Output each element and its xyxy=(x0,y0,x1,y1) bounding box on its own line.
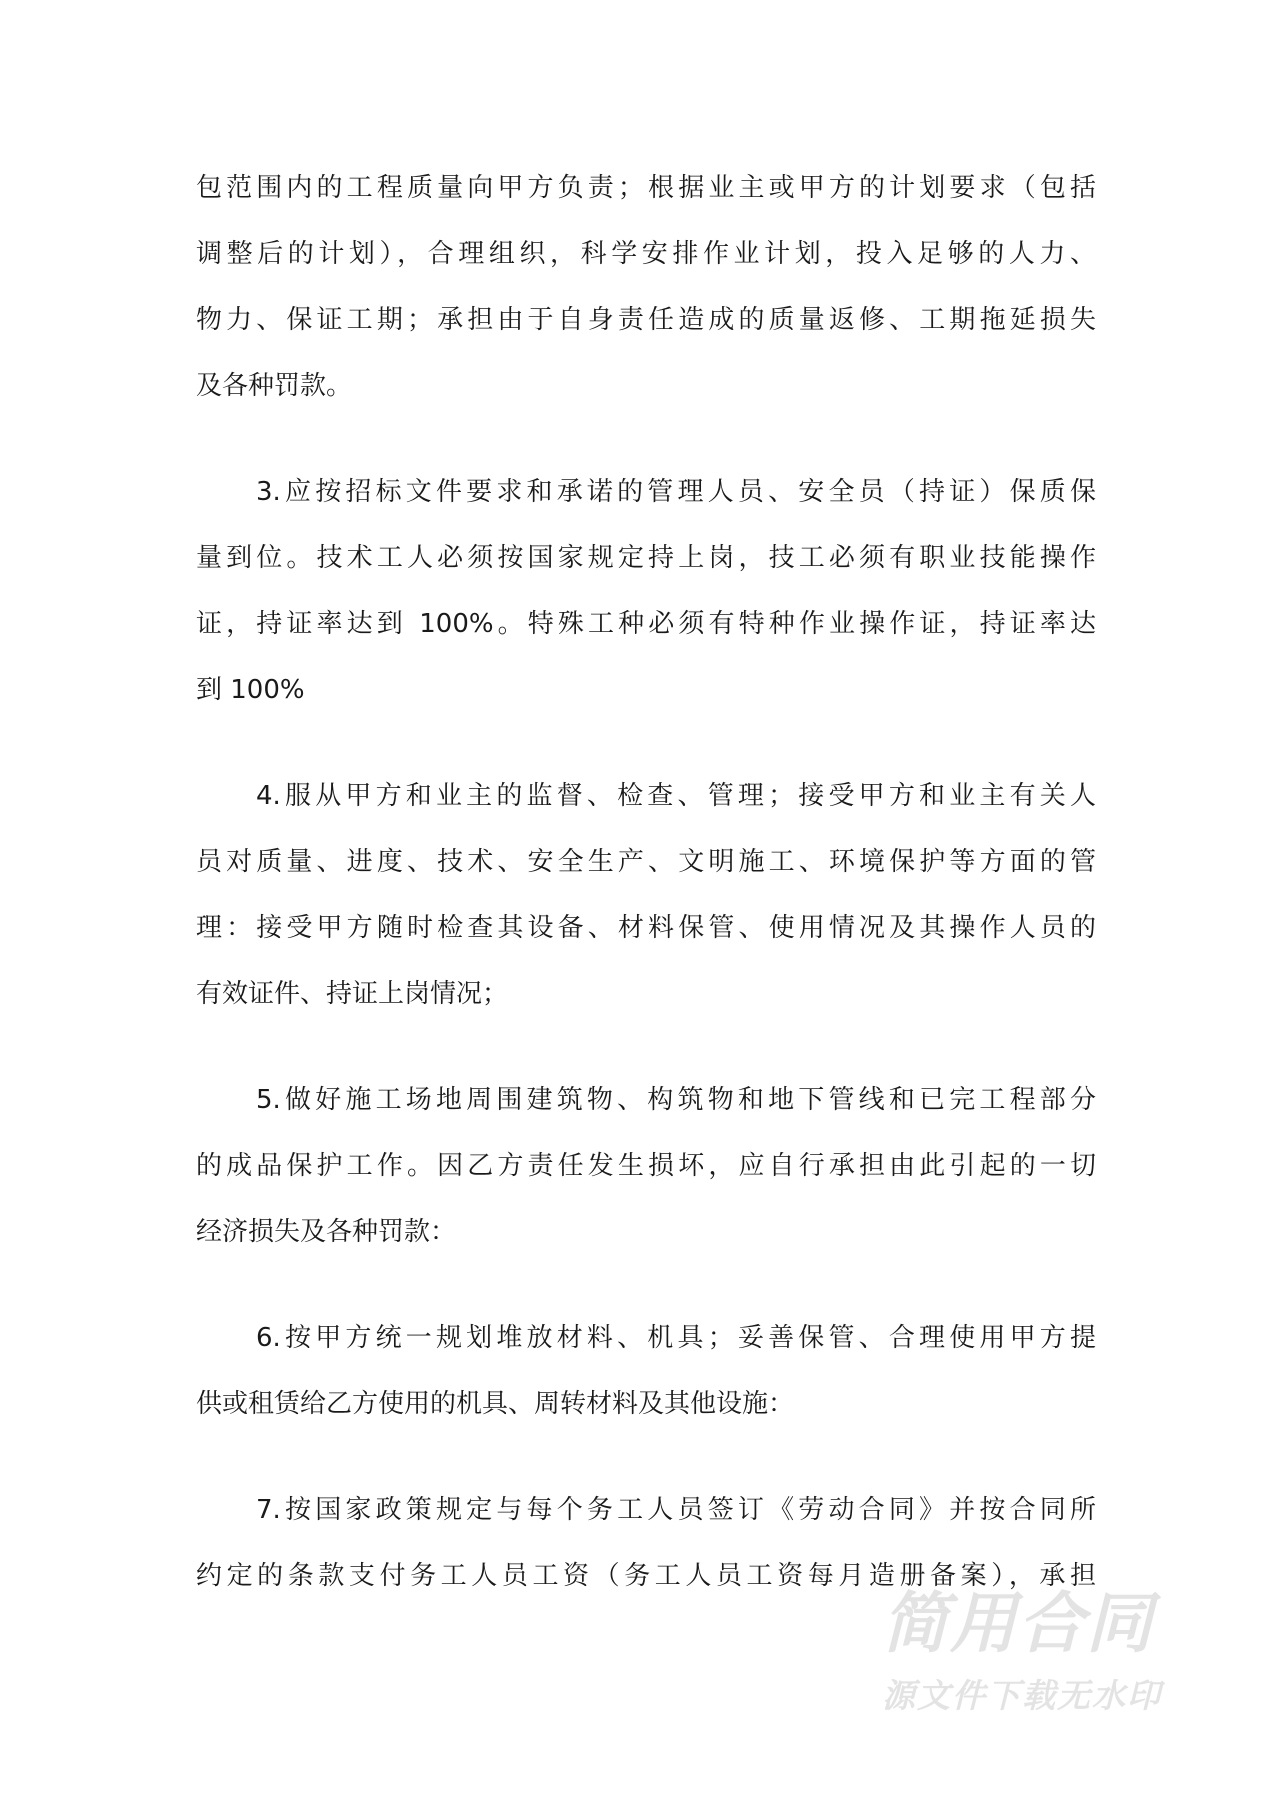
paragraph-clause-7: 7.按国家政策规定与每个务工人员签订《劳动合同》并按合同所 约定的条款支付务工人… xyxy=(196,1488,1096,1620)
text-line: 经济损失及各种罚款： xyxy=(196,1210,1096,1276)
paragraph-clause-2-continued: 包范围内的工程质量向甲方负责；根据业主或甲方的计划要求（包括 调整后的计划），合… xyxy=(196,166,1096,430)
text-line: 理：接受甲方随时检查其设备、材料保管、使用情况及其操作人员的 xyxy=(196,906,1096,972)
document-page: 包范围内的工程质量向甲方负责；根据业主或甲方的计划要求（包括 调整后的计划），合… xyxy=(0,0,1280,1810)
document-body: 包范围内的工程质量向甲方负责；根据业主或甲方的计划要求（包括 调整后的计划），合… xyxy=(196,166,1096,1660)
text-line: 量到位。技术工人必须按国家规定持上岗，技工必须有职业技能操作 xyxy=(196,536,1096,602)
paragraph-clause-5: 5.做好施工场地周围建筑物、构筑物和地下管线和已完工程部分 的成品保护工作。因乙… xyxy=(196,1078,1096,1276)
text-line: 物力、保证工期；承担由于自身责任造成的质量返修、工期拖延损失 xyxy=(196,298,1096,364)
text-line: 供或租赁给乙方使用的机具、周转材料及其他设施： xyxy=(196,1382,1096,1448)
paragraph-clause-4: 4.服从甲方和业主的监督、检查、管理；接受甲方和业主有关人 员对质量、进度、技术… xyxy=(196,774,1096,1038)
text-line: 员对质量、进度、技术、安全生产、文明施工、环境保护等方面的管 xyxy=(196,840,1096,906)
text-line: 证，持证率达到 100%。特殊工种必须有特种作业操作证，持证率达 xyxy=(196,602,1096,668)
text-line: 4.服从甲方和业主的监督、检查、管理；接受甲方和业主有关人 xyxy=(196,774,1096,840)
paragraph-clause-3: 3.应按招标文件要求和承诺的管理人员、安全员（持证）保质保 量到位。技术工人必须… xyxy=(196,470,1096,734)
text-line: 的成品保护工作。因乙方责任发生损坏，应自行承担由此引起的一切 xyxy=(196,1144,1096,1210)
text-line: 3.应按招标文件要求和承诺的管理人员、安全员（持证）保质保 xyxy=(196,470,1096,536)
text-line: 有效证件、持证上岗情况； xyxy=(196,972,1096,1038)
text-line: 约定的条款支付务工人员工资（务工人员工资每月造册备案），承担 xyxy=(196,1554,1096,1620)
watermark-subtitle: 源文件下载无水印 xyxy=(882,1674,1182,1718)
text-line: 调整后的计划），合理组织，科学安排作业计划，投入足够的人力、 xyxy=(196,232,1096,298)
text-line: 到 100% xyxy=(196,668,1096,734)
text-line: 6.按甲方统一规划堆放材料、机具；妥善保管、合理使用甲方提 xyxy=(196,1316,1096,1382)
text-line: 包范围内的工程质量向甲方负责；根据业主或甲方的计划要求（包括 xyxy=(196,166,1096,232)
text-line: 7.按国家政策规定与每个务工人员签订《劳动合同》并按合同所 xyxy=(196,1488,1096,1554)
paragraph-clause-6: 6.按甲方统一规划堆放材料、机具；妥善保管、合理使用甲方提 供或租赁给乙方使用的… xyxy=(196,1316,1096,1448)
text-line: 及各种罚款。 xyxy=(196,364,1096,430)
text-line: 5.做好施工场地周围建筑物、构筑物和地下管线和已完工程部分 xyxy=(196,1078,1096,1144)
